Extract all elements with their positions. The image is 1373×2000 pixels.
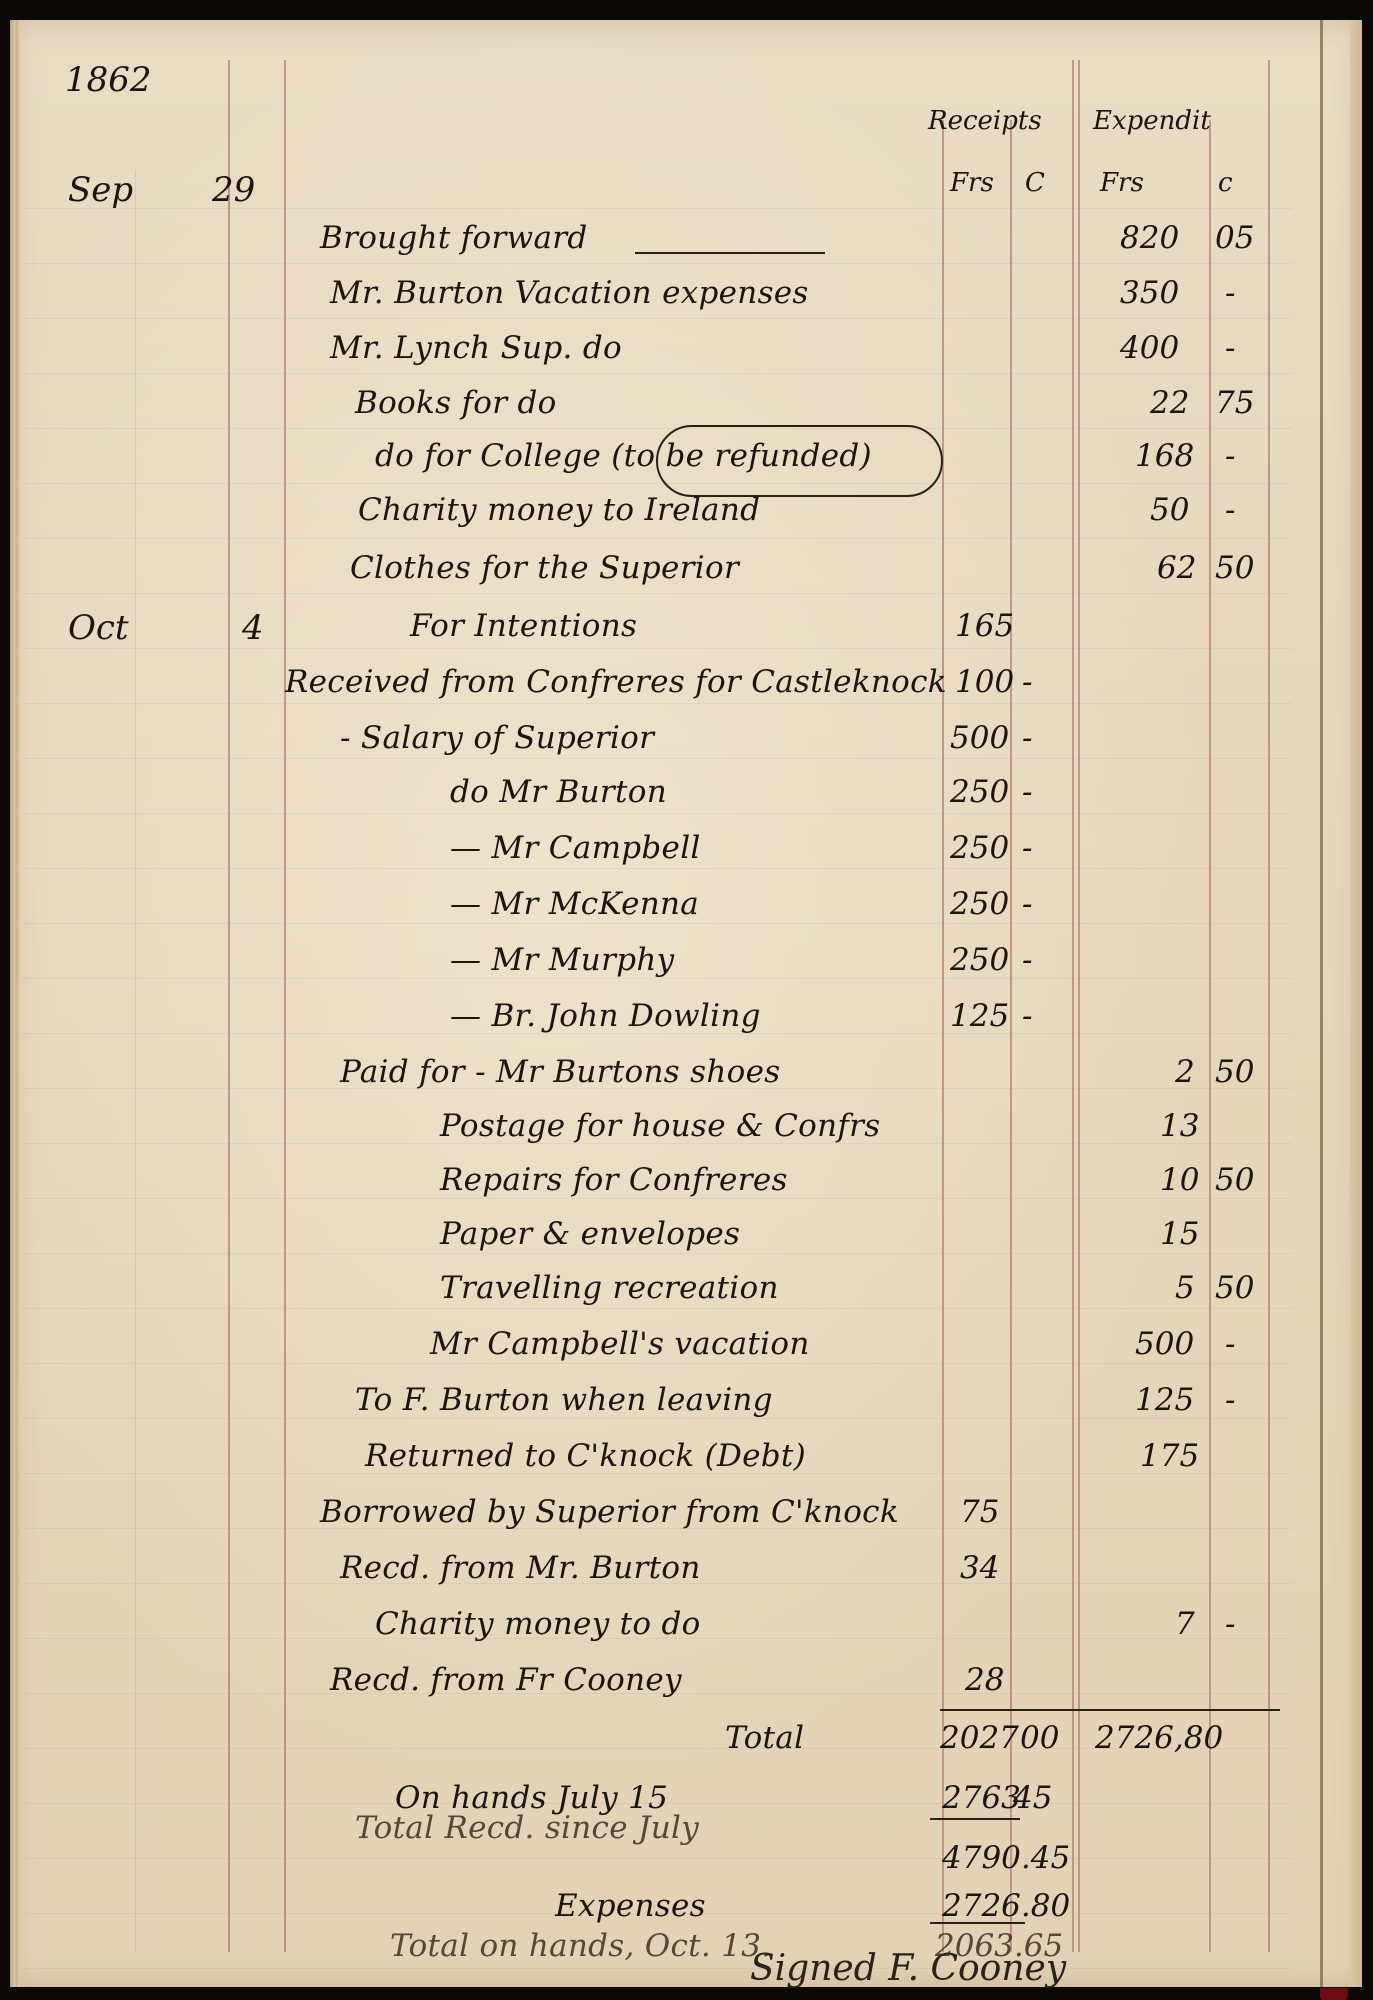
expenditure-cents: - [1225,275,1235,311]
expenditure-cents: - [1225,1606,1235,1642]
receipts-cents-rule [1010,120,1012,1952]
date-column-rule [228,60,230,1952]
total-received-value: 4790.45 [942,1840,1070,1876]
entry-description: Travelling recreation [440,1270,779,1306]
entry-description: — Br. John Dowling [450,998,761,1034]
ledger-page: 1862 Receipts Expendit Frs C Frs c Sep 2… [10,20,1362,1987]
expenditure-francs: 168 [1135,438,1194,474]
receipts-francs: 250 [950,774,1009,810]
ruling-line [22,373,1292,374]
expenditure-cents: - [1225,1326,1235,1362]
signature: Signed F. Cooney [750,1948,1066,1989]
expenditure-cents: 50 [1215,1162,1254,1198]
expenditure-francs: 400 [1120,330,1179,366]
receipts-cents: - [1022,720,1032,756]
receipts-cents: - [1022,886,1032,922]
ruling-line [22,593,1292,594]
expenditure-cents-header: c [1218,168,1233,198]
receipts-total-cents: 00 [1020,1720,1059,1756]
on-hands-cents: 45 [1013,1780,1052,1816]
receipts-end-rule [1072,60,1074,1952]
receipts-francs: 250 [950,942,1009,978]
receipts-francs-rule [942,120,944,1952]
entry-description: Paid for - Mr Burtons shoes [340,1054,780,1090]
expenditure-cents: - [1225,330,1235,366]
margin-rule-faint [135,170,136,1952]
expenditure-francs: 820 [1120,220,1179,256]
entry-description: Recd. from Fr Cooney [330,1662,682,1698]
entry-description: Repairs for Confreres [440,1162,788,1198]
receipts-francs: 500 [950,720,1009,756]
date-month: Sep [68,170,133,210]
expenditure-cents: 50 [1215,1054,1254,1090]
expenditure-cents: 50 [1215,550,1254,586]
expenditure-francs: 500 [1135,1326,1194,1362]
receipts-cents: - [1022,942,1032,978]
year: 1862 [65,60,152,100]
entry-description: Mr. Burton Vacation expenses [330,275,809,311]
page-edge-right [1350,20,1362,1987]
entry-description: Books for do [355,385,557,421]
expenditure-cents: 50 [1215,1270,1254,1306]
expenditure-francs: 5 [1175,1270,1195,1306]
ruling-line [22,1253,1292,1254]
expenditure-francs: 50 [1150,492,1189,528]
fill-dash [635,252,825,254]
expenditure-francs: 350 [1120,275,1179,311]
expenditure-francs: 10 [1160,1162,1199,1198]
on-hands-value: 2763 [942,1780,1021,1816]
expenditure-francs: 62 [1157,550,1196,586]
entry-description: Received from Confreres for Castleknock [285,664,947,700]
entry-description: Charity money to Ireland [358,492,760,528]
ruling-line [22,868,1292,869]
date-day: 4 [242,608,264,648]
page-fold-line [1320,20,1323,1987]
expenditure-cents: 75 [1215,385,1254,421]
receipts-cents: - [1022,664,1032,700]
expenditure-cents: - [1225,492,1235,528]
entry-description: Mr Campbell's vacation [430,1326,810,1362]
expenditure-francs: 2 [1175,1054,1195,1090]
ruling-line [22,483,1292,484]
date-day: 29 [212,170,255,210]
entry-description: Clothes for the Superior [350,550,739,586]
ruling-line [22,538,1292,539]
expenditure-cents: - [1225,438,1235,474]
total-label: Total [725,1720,804,1756]
ruling-line [22,758,1292,759]
page-edge-left [10,20,20,1987]
ruling-line [22,428,1292,429]
receipts-francs: 34 [960,1550,999,1586]
total-received-label: Total Recd. since July [355,1810,699,1846]
expenditure-cents-rule [1209,120,1211,1952]
expenditure-francs: 13 [1160,1108,1199,1144]
ruling-line [22,923,1292,924]
receipts-francs: 75 [960,1494,999,1530]
expenditure-francs: 15 [1160,1216,1199,1252]
day-column-rule [284,60,286,1952]
receipts-francs: 165 [955,608,1014,644]
ruling-line [22,1968,1292,1969]
receipts-header: Receipts [928,106,1042,136]
expenditure-total: 2726,80 [1095,1720,1223,1756]
date-month: Oct [68,608,129,648]
ruling-line [22,1858,1292,1859]
entry-description: Mr. Lynch Sup. do [330,330,622,366]
receipts-cents: - [1022,830,1032,866]
ruling-line [22,1308,1292,1309]
entry-description: Postage for house & Confrs [440,1108,880,1144]
receipts-francs: 250 [950,830,1009,866]
entry-description: Brought forward [320,220,588,256]
receipts-total: 2027 [940,1720,1019,1756]
receipts-francs: 250 [950,886,1009,922]
ruling-line [22,1363,1292,1364]
entry-description: - Salary of Superior [340,720,654,756]
entry-description: Recd. from Mr. Burton [340,1550,701,1586]
entry-description: Returned to C'knock (Debt) [365,1438,806,1474]
expenditure-francs: 175 [1140,1438,1199,1474]
expenditure-francs: 125 [1135,1382,1194,1418]
entry-description: Paper & envelopes [440,1216,740,1252]
expenditure-header: Expendit [1093,106,1211,136]
expenditure-francs: 22 [1150,385,1189,421]
ruling-line [22,1198,1292,1199]
receipts-francs: 125 [950,998,1009,1034]
difference-rule [930,1922,1025,1924]
entry-description: do Mr Burton [450,774,667,810]
expenditure-francs: 7 [1175,1606,1195,1642]
entry-description: Charity money to do [375,1606,701,1642]
receipts-francs-header: Frs [950,168,994,198]
sum-rule [930,1818,1020,1820]
entry-description: — Mr Murphy [450,942,674,978]
entry-description: — Mr McKenna [450,886,699,922]
expenditure-end-rule [1268,60,1270,1952]
ruling-line [22,978,1292,979]
expenditure-start-rule [1078,60,1080,1952]
receipts-francs: 28 [965,1662,1004,1698]
ruling-line [22,1418,1292,1419]
ruling-line [22,318,1292,319]
red-binding [1320,1988,1348,2000]
expenses-label: Expenses [555,1888,706,1924]
expenditure-cents: - [1225,1382,1235,1418]
receipts-cents: - [1022,998,1032,1034]
circled-note [656,425,943,497]
total-rule [940,1709,1280,1711]
ruling-line [22,263,1292,264]
entry-description: Borrowed by Superior from C'knock [320,1494,899,1530]
expenditure-cents: 05 [1215,220,1254,256]
entry-description: To F. Burton when leaving [355,1382,773,1418]
ruling-line [22,813,1292,814]
expenditure-francs-header: Frs [1100,168,1144,198]
receipts-cents-header: C [1025,168,1045,198]
entry-description: For Intentions [410,608,637,644]
ruling-line [22,703,1292,704]
expenses-value: 2726.80 [942,1888,1070,1924]
final-balance-label: Total on hands, Oct. 13. [390,1928,771,1964]
receipts-cents: - [1022,774,1032,810]
ruling-line [22,648,1292,649]
entry-description: — Mr Campbell [450,830,701,866]
receipts-francs: 100 [955,664,1014,700]
